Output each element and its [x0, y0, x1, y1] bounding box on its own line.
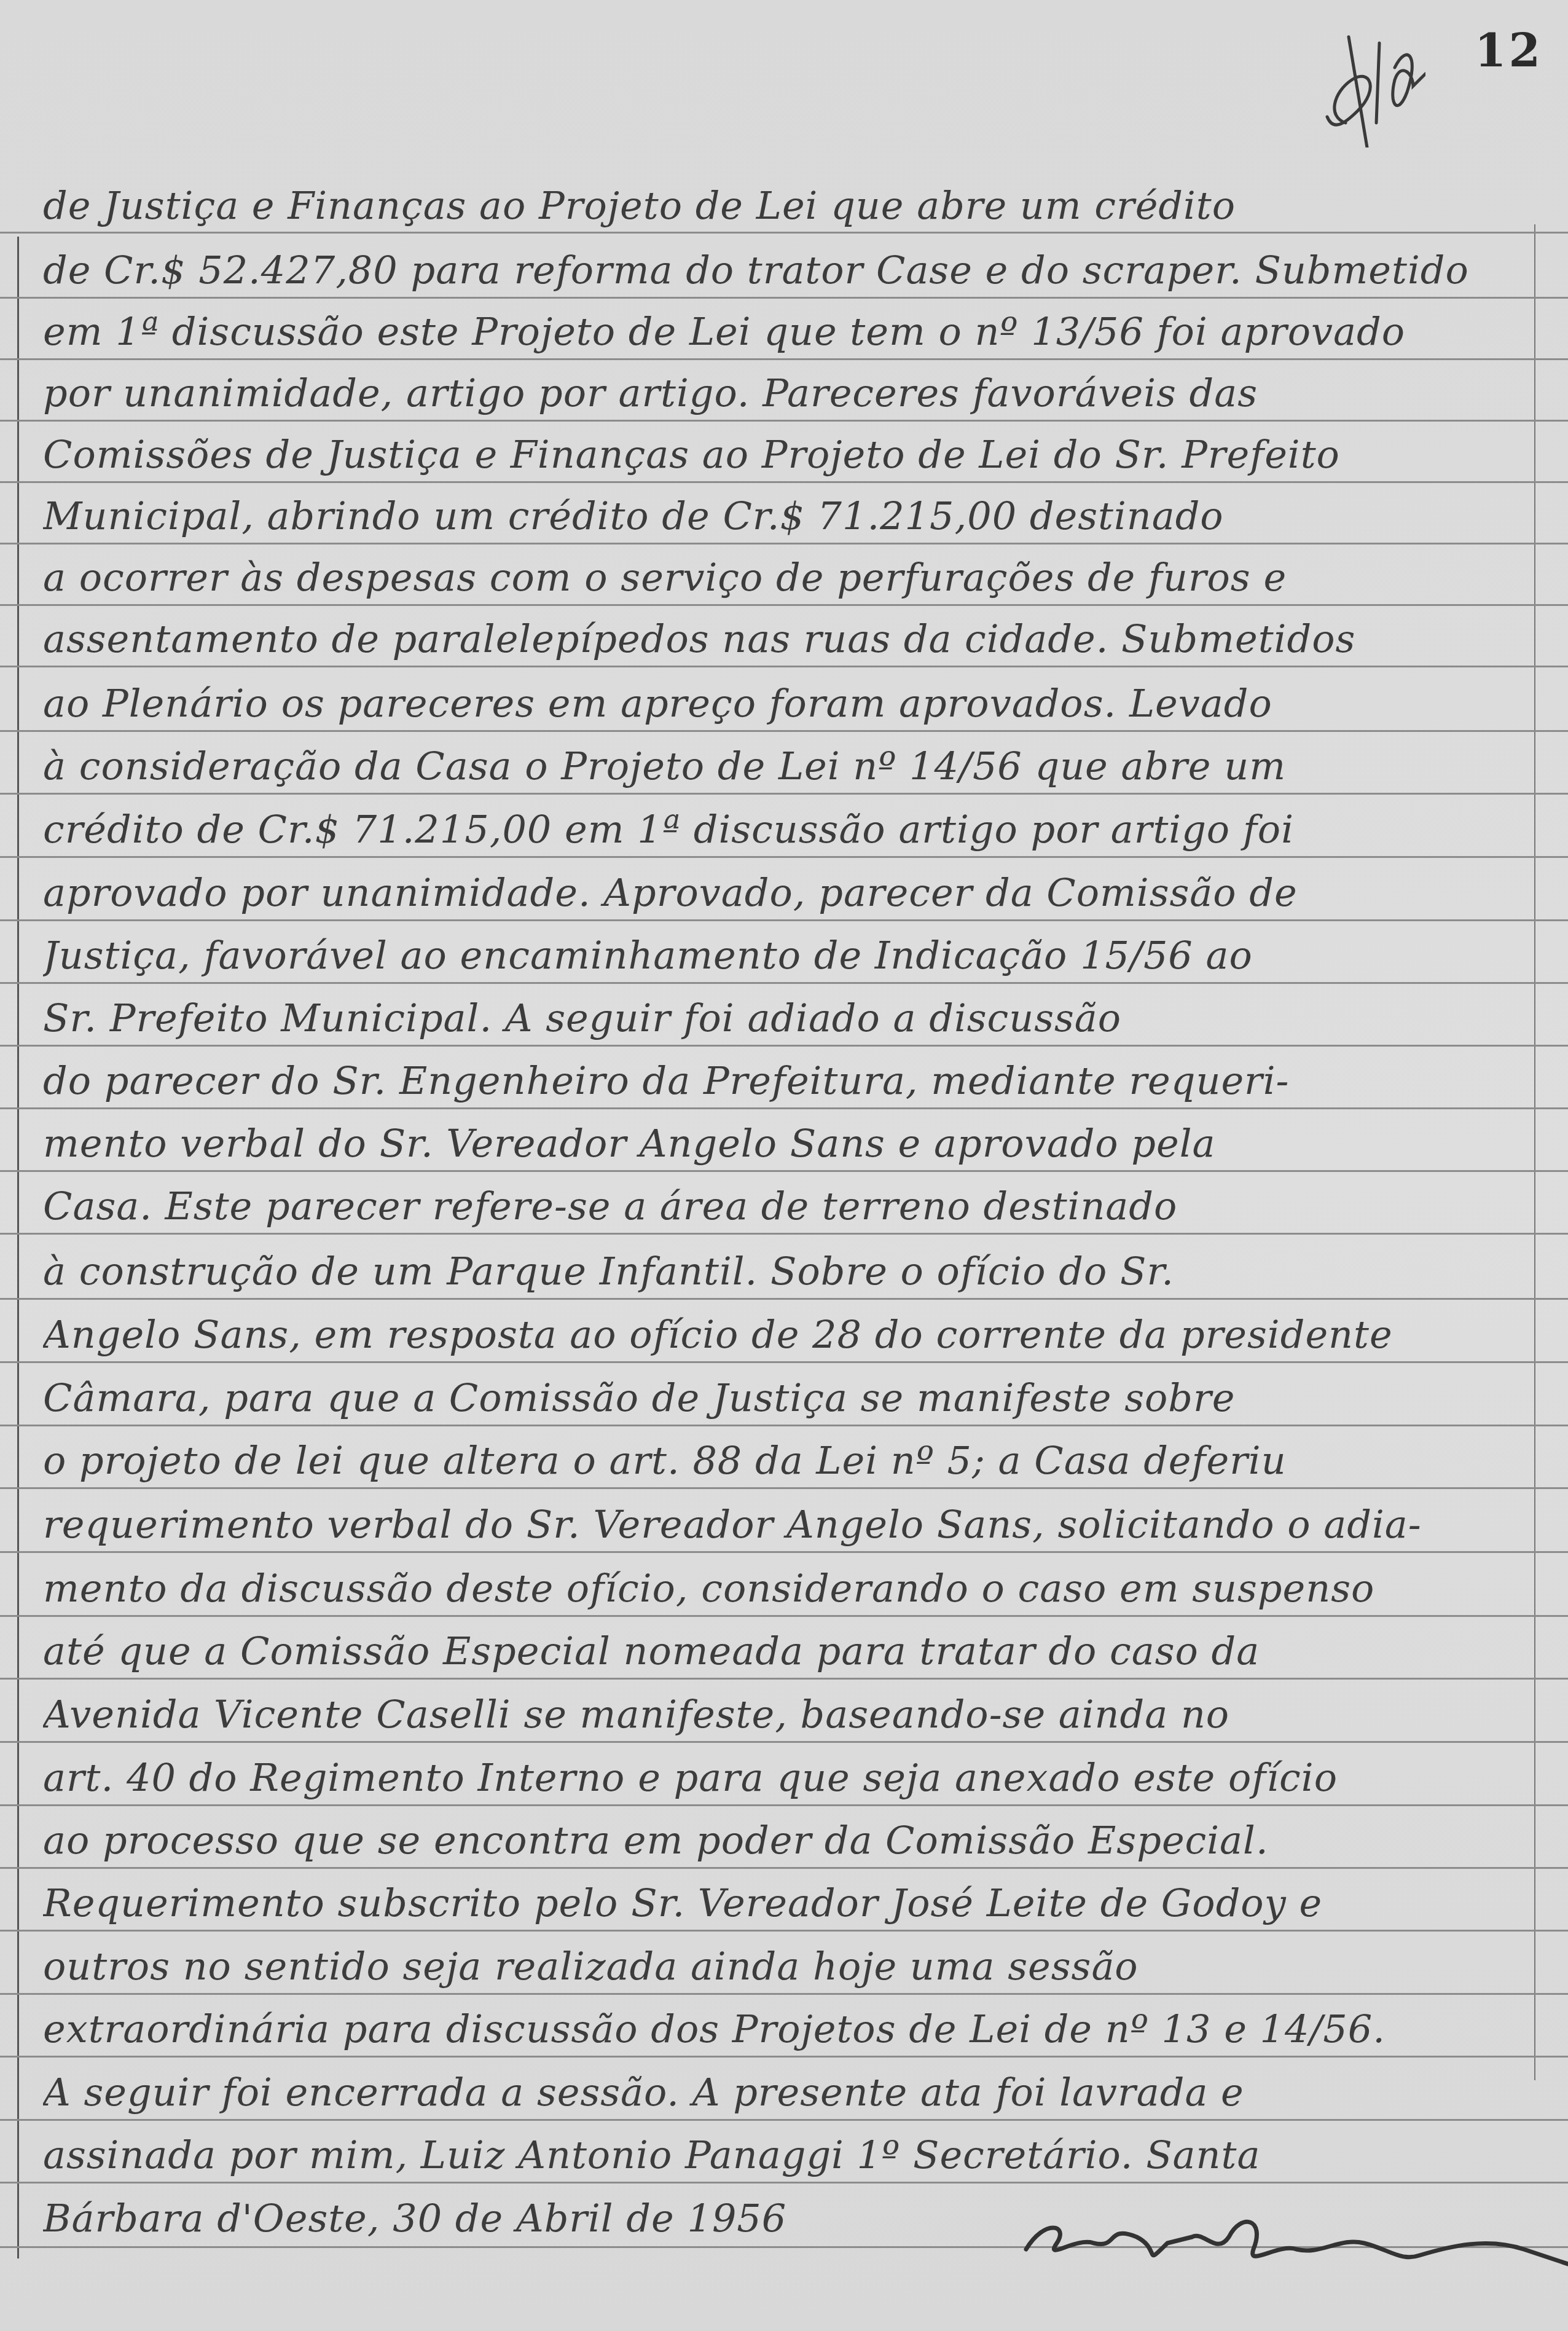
- text-line: assinada por mim, Luiz Antonio Panaggi 1…: [43, 2131, 1524, 2180]
- text-line: em 1ª discussão este Projeto de Lei que …: [43, 307, 1524, 356]
- text-line: outros no sentido seja realizada ainda h…: [43, 1942, 1524, 1991]
- ruled-line: [0, 1678, 1568, 1680]
- secretary-signature-icon: [1020, 2200, 1568, 2286]
- ruled-line: [0, 982, 1568, 984]
- ruled-line: [0, 543, 1568, 544]
- ruled-line: [0, 1170, 1568, 1172]
- right-margin-rule: [1534, 224, 1535, 2080]
- text-line: até que a Comissão Especial nomeada para…: [43, 1627, 1524, 1676]
- text-line: aprovado por unanimidade. Aprovado, pare…: [43, 868, 1524, 918]
- ruled-line: [0, 1425, 1568, 1426]
- ruled-line: [0, 919, 1568, 921]
- text-line: ao Plenário os pareceres em apreço foram…: [43, 679, 1524, 728]
- ruled-line: [0, 730, 1568, 732]
- text-line: o projeto de lei que altera o art. 88 da…: [43, 1436, 1524, 1485]
- ruled-line: [0, 1298, 1568, 1300]
- text-line: mento da discussão deste ofício, conside…: [43, 1564, 1524, 1613]
- ruled-line: [0, 2182, 1568, 2184]
- ruled-line: [0, 1867, 1568, 1869]
- ruled-line: [0, 1361, 1568, 1363]
- ruled-line: [0, 481, 1568, 483]
- text-line: A seguir foi encerrada a sessão. A prese…: [43, 2068, 1524, 2117]
- ruled-line: [0, 1804, 1568, 1806]
- text-line: Câmara, para que a Comissão de Justiça s…: [43, 1374, 1524, 1423]
- rubric-signature-icon: [1321, 31, 1425, 147]
- text-line: art. 40 do Regimento Interno e para que …: [43, 1753, 1524, 1802]
- text-line: à consideração da Casa o Projeto de Lei …: [43, 742, 1524, 791]
- text-line: por unanimidade, artigo por artigo. Pare…: [43, 369, 1524, 418]
- ruled-line: [0, 1233, 1568, 1235]
- ruled-line: [0, 1045, 1568, 1047]
- text-line: requerimento verbal do Sr. Vereador Ange…: [43, 1500, 1524, 1549]
- text-line: do parecer do Sr. Engenheiro da Prefeitu…: [43, 1056, 1524, 1106]
- text-line: ao processo que se encontra em poder da …: [43, 1816, 1524, 1865]
- left-margin-rule: [17, 237, 19, 2258]
- text-line: Justiça, favorável ao encaminhamento de …: [43, 931, 1524, 980]
- ruled-line: [0, 856, 1568, 858]
- text-line: crédito de Cr.$ 71.215,00 em 1ª discussã…: [43, 805, 1524, 854]
- ruled-line: [0, 420, 1568, 422]
- ruled-line: [0, 297, 1568, 299]
- text-line: a ocorrer às despesas com o serviço de p…: [43, 553, 1524, 602]
- ruled-line: [0, 1107, 1568, 1109]
- text-line: mento verbal do Sr. Vereador Angelo Sans…: [43, 1119, 1524, 1168]
- text-line: Casa. Este parecer refere-se a área de t…: [43, 1182, 1524, 1231]
- text-line: Avenida Vicente Caselli se manifeste, ba…: [43, 1690, 1524, 1739]
- text-line: de Cr.$ 52.427,80 para reforma do trator…: [43, 246, 1524, 295]
- text-line: Angelo Sans, em resposta ao ofício de 28…: [43, 1310, 1524, 1359]
- text-line: assentamento de paralelepípedos nas ruas…: [43, 615, 1524, 664]
- ruled-line: [0, 1741, 1568, 1743]
- ruled-line: [0, 1615, 1568, 1617]
- text-line: Municipal, abrindo um crédito de Cr.$ 71…: [43, 492, 1524, 541]
- ruled-line: [0, 232, 1568, 234]
- ruled-line: [0, 1930, 1568, 1932]
- text-line: de Justiça e Finanças ao Projeto de Lei …: [43, 181, 1524, 230]
- text-line: Comissões de Justiça e Finanças ao Proje…: [43, 430, 1524, 479]
- ruled-line: [0, 2056, 1568, 2058]
- ruled-line: [0, 793, 1568, 795]
- ruled-line: [0, 604, 1568, 606]
- ruled-line: [0, 358, 1568, 360]
- ruled-line: [0, 1551, 1568, 1553]
- text-line: Bárbara d'Oeste, 30 de Abril de 1956: [43, 2194, 1026, 2243]
- text-line: à construção de um Parque Infantil. Sobr…: [43, 1247, 1524, 1296]
- page-number: 12: [1475, 25, 1543, 77]
- text-line: Sr. Prefeito Municipal. A seguir foi adi…: [43, 994, 1524, 1043]
- text-line: Requerimento subscrito pelo Sr. Vereador…: [43, 1879, 1524, 1928]
- ledger-page: 12 de Justiça e Finanças ao Projeto de L…: [0, 0, 1568, 2331]
- ruled-line: [0, 1993, 1568, 1995]
- ruled-line: [0, 2119, 1568, 2121]
- text-line: extraordinária para discussão dos Projet…: [43, 2005, 1524, 2054]
- ruled-line: [0, 666, 1568, 667]
- ruled-line: [0, 1487, 1568, 1489]
